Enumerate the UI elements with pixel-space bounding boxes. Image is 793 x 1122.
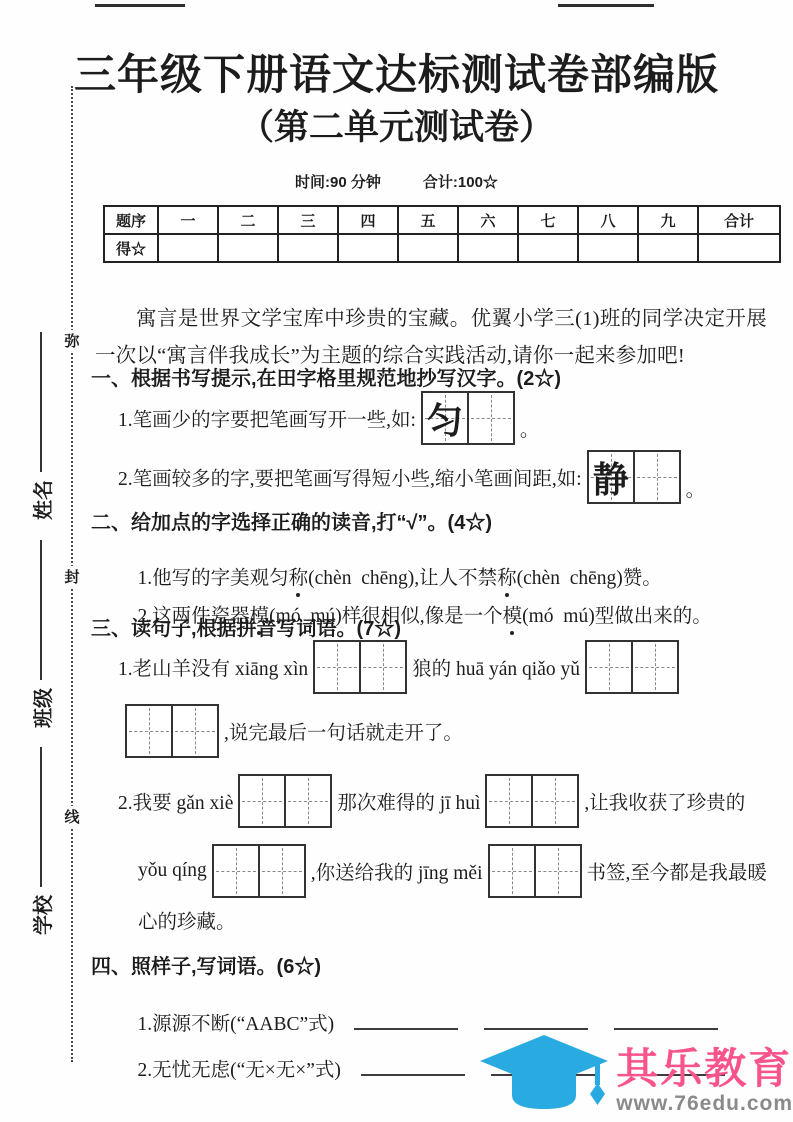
tianzige-cell-answer[interactable] <box>258 846 304 896</box>
answer-blank[interactable] <box>484 1010 588 1030</box>
tianzige-cell-answer[interactable] <box>214 846 258 896</box>
question-text: 那次难得的 jī huì <box>337 787 480 815</box>
dotted-character: 模 <box>503 600 523 628</box>
question-3-2-line-2: yǒu qíng ,你送给我的 jīng měi 书签,至今都是我最暖 <box>138 842 767 900</box>
score-header-cell: 八 <box>578 206 638 234</box>
student-field-label: 学校 <box>27 895 56 935</box>
question-1-2: 2.笔画较多的字,要把笔画写得短小些,缩小笔画间距,如: 静 。 <box>118 450 705 504</box>
score-header-cell: 三 <box>278 206 338 234</box>
answer-blank[interactable] <box>614 1010 718 1030</box>
score-input-cell[interactable] <box>278 234 338 262</box>
tianzige-grid <box>125 704 219 758</box>
section-heading-3: 三、读句子,根据拼音写词语。(7☆) <box>91 612 401 641</box>
score-header-cell: 二 <box>218 206 278 234</box>
tianzige-cell-answer[interactable] <box>359 642 405 692</box>
score-header-cell: 九 <box>638 206 698 234</box>
tianzige-cell-answer[interactable] <box>490 846 534 896</box>
exam-page: 三年级下册语文达标测试卷部编版 （第二单元测试卷） 时间:90 分钟合计:100… <box>0 0 793 1122</box>
score-header-cell: 四 <box>338 206 398 234</box>
tianzige-grid <box>313 640 407 694</box>
score-input-cell[interactable] <box>338 234 398 262</box>
question-text: 狼的 huā yán qiǎo yǔ <box>412 653 580 681</box>
tianzige-grid: 匀 <box>421 391 515 445</box>
tianzige-cell-answer[interactable] <box>531 776 577 826</box>
seal-char: 线 <box>62 806 82 827</box>
student-field-label: 班级 <box>27 688 56 728</box>
question-text: ,说完最后一句话就走开了。 <box>224 717 463 745</box>
score-table: 题序 一 二 三 四 五 六 七 八 九 合计 得☆ <box>103 205 781 263</box>
tianzige-grid <box>238 774 332 828</box>
score-header-cell: 一 <box>158 206 218 234</box>
tianzige-cell-answer[interactable] <box>315 642 359 692</box>
score-input-cell[interactable] <box>698 234 780 262</box>
crop-mark-right <box>558 4 654 7</box>
tianzige-grid <box>212 844 306 898</box>
student-field-name: 姓名 <box>28 324 54 520</box>
seal-char: 弥 <box>62 330 82 351</box>
tianzige-cell-answer[interactable] <box>587 642 631 692</box>
question-text: yǒu qíng <box>138 860 207 882</box>
tianzige-cell-answer[interactable] <box>534 846 580 896</box>
section-heading-1: 一、根据书写提示,在田字格里规范地抄写汉字。(2☆) <box>91 362 561 391</box>
tianzige-cell-answer[interactable] <box>127 706 171 756</box>
question-text: 1.老山羊没有 xiāng xìn <box>118 653 308 681</box>
question-text: 。 <box>686 474 706 502</box>
score-header-cell: 五 <box>398 206 458 234</box>
example-character: 匀 <box>423 393 467 443</box>
question-text: 1.笔画少的字要把笔画写开一些,如: <box>118 404 416 432</box>
tianzige-grid <box>488 844 582 898</box>
question-1-1: 1.笔画少的字要把笔画写开一些,如: 匀 。 <box>118 392 539 444</box>
answer-blank[interactable] <box>354 1010 458 1030</box>
tianzige-cell-example: 静 <box>589 452 633 502</box>
question-text: (mó mú)型做出来的。 <box>522 606 712 627</box>
question-3-1-line-1: 1.老山羊没有 xiāng xìn 狼的 huā yán qiǎo yǔ <box>118 640 684 694</box>
score-header-row: 题序 一 二 三 四 五 六 七 八 九 合计 <box>104 206 780 234</box>
score-row-label: 得☆ <box>104 234 158 262</box>
question-text: 2.我要 gǎn xiè <box>118 787 233 815</box>
question-text: 2.笔画较多的字,要把笔画写得短小些,缩小笔画间距,如: <box>118 463 582 491</box>
score-header-cell: 合计 <box>698 206 780 234</box>
question-3-2-line-3: 心的珍藏。 <box>138 906 236 934</box>
score-input-cell[interactable] <box>518 234 578 262</box>
section-heading-4: 四、照样子,写词语。(6☆) <box>91 950 321 979</box>
score-header-cell: 七 <box>518 206 578 234</box>
score-input-cell[interactable] <box>158 234 218 262</box>
student-field-class: 班级 <box>28 532 54 728</box>
tianzige-grid: 静 <box>587 450 681 504</box>
example-character: 静 <box>589 452 633 502</box>
exam-meta: 时间:90 分钟合计:100☆ <box>0 171 793 192</box>
score-value-row: 得☆ <box>104 234 780 262</box>
exam-total-score: 合计:100☆ <box>423 174 498 191</box>
student-field-school: 学校 <box>28 739 54 935</box>
question-3-1-line-2: ,说完最后一句话就走开了。 <box>125 704 463 758</box>
tianzige-grid <box>585 640 679 694</box>
tianzige-cell-answer[interactable] <box>240 776 284 826</box>
tianzige-cell-answer[interactable] <box>631 642 677 692</box>
tianzige-cell-answer[interactable] <box>284 776 330 826</box>
brand-name: 其乐教育 <box>616 1047 792 1091</box>
score-input-cell[interactable] <box>578 234 638 262</box>
question-text: 书签,至今都是我最暖 <box>587 857 767 885</box>
score-header-cell: 题序 <box>104 206 158 234</box>
exam-time: 时间:90 分钟 <box>295 174 381 191</box>
question-text: 2.无忧无虑(“无×无×”式) <box>138 1060 341 1081</box>
tianzige-cell-answer[interactable] <box>633 452 679 502</box>
tianzige-cell-answer[interactable] <box>487 776 531 826</box>
seal-char: 封 <box>62 566 82 587</box>
question-text: ,你送给我的 jīng měi <box>311 857 483 885</box>
brand-url: www.76edu.com <box>616 1092 793 1116</box>
tianzige-cell-example: 匀 <box>423 393 467 443</box>
brand-logo: 其乐教育 www.76edu.com <box>474 1033 793 1120</box>
score-input-cell[interactable] <box>638 234 698 262</box>
section-heading-2: 二、给加点的字选择正确的读音,打“√”。(4☆) <box>91 506 492 535</box>
tianzige-cell-answer[interactable] <box>467 393 513 443</box>
brand-text-block: 其乐教育 www.76edu.com <box>616 1047 793 1120</box>
student-field-line[interactable] <box>40 332 42 472</box>
student-field-line[interactable] <box>40 540 42 680</box>
page-title: 三年级下册语文达标测试卷部编版 <box>0 42 793 102</box>
crop-mark-left <box>95 4 185 7</box>
score-header-cell: 六 <box>458 206 518 234</box>
question-3-2-line-1: 2.我要 gǎn xiè 那次难得的 jī huì ,让我收获了珍贵的 <box>118 772 745 830</box>
score-input-cell[interactable] <box>398 234 458 262</box>
answer-blank[interactable] <box>361 1056 465 1076</box>
tianzige-grid <box>485 774 579 828</box>
score-input-cell[interactable] <box>218 234 278 262</box>
student-field-line[interactable] <box>40 747 42 887</box>
question-text: 。 <box>520 414 540 442</box>
tianzige-cell-answer[interactable] <box>171 706 217 756</box>
page-subtitle: （第二单元测试卷） <box>0 100 793 150</box>
graduation-cap-icon <box>474 1033 614 1120</box>
score-input-cell[interactable] <box>458 234 518 262</box>
student-field-label: 姓名 <box>27 480 56 520</box>
question-text: ,让我收获了珍贵的 <box>584 787 745 815</box>
